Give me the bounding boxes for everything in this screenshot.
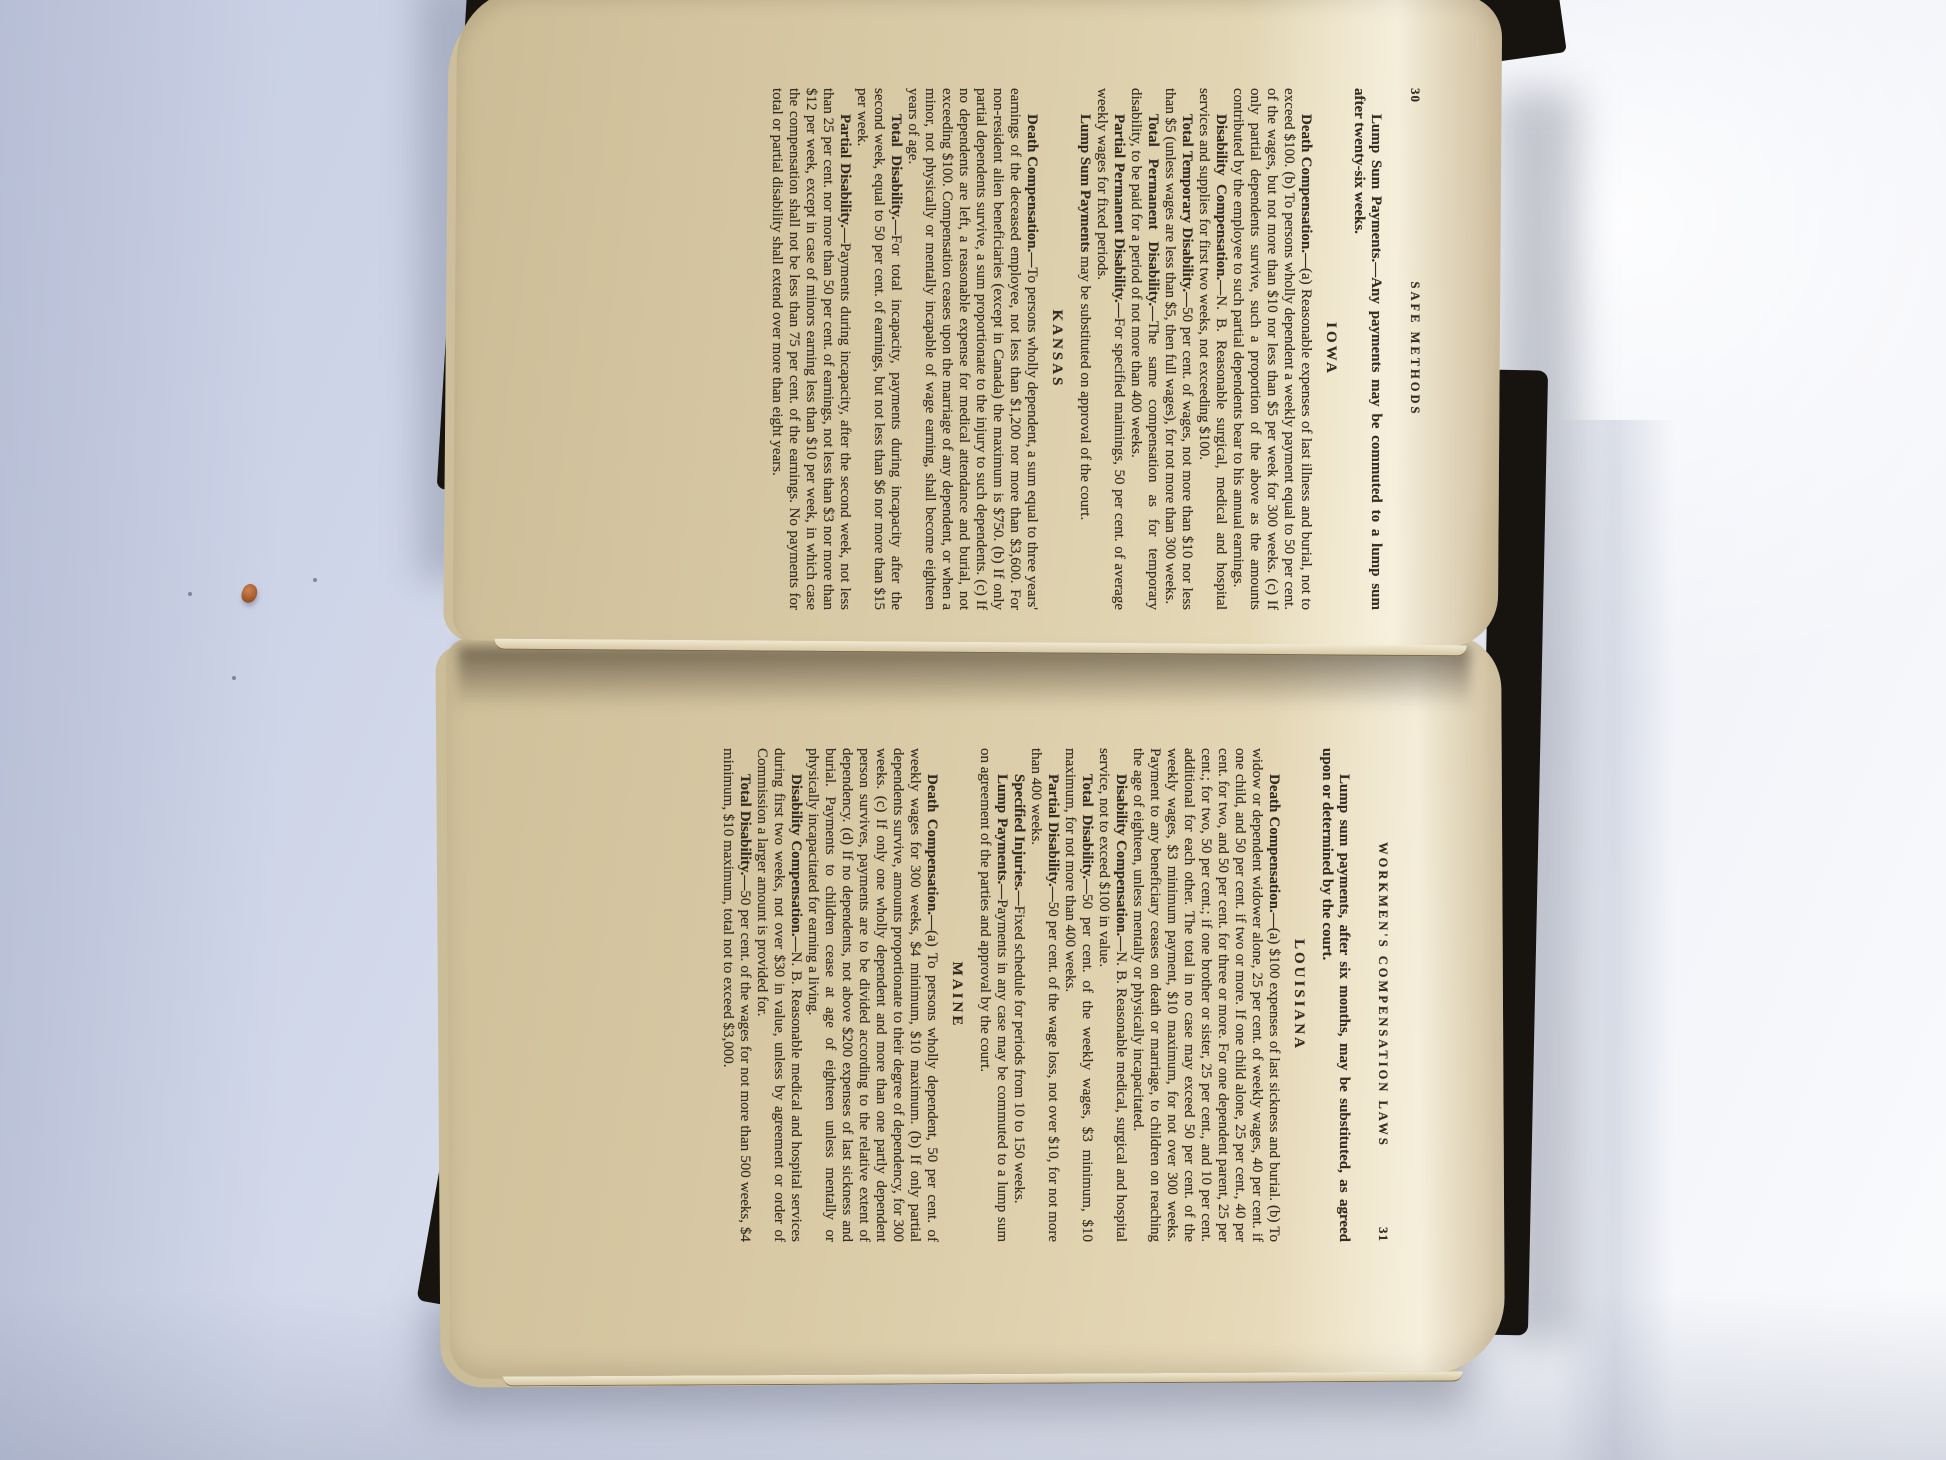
- paragraph: Total Disability.—50 per cent. of the wa…: [719, 748, 753, 1242]
- running-title-right: WORKMEN'S COMPENSATION LAWS: [1374, 790, 1391, 1200]
- page-30-header: 30 SAFE METHODS: [1406, 88, 1424, 610]
- paragraph: Lump Payments.—Payments in any case may …: [976, 748, 1010, 1242]
- paragraph-lead: Death Compensation.—: [1298, 114, 1314, 268]
- cloth-shade-left: [0, 0, 280, 1460]
- paragraph-lead: Lump Sum Payments.—: [1368, 114, 1384, 277]
- paragraph: Total Permanent Disability.—The same com…: [1127, 88, 1161, 610]
- paragraph-lead: Total Disability.—: [888, 114, 904, 235]
- paragraph-lead: Specified Injuries.—: [1011, 774, 1027, 906]
- paragraph: Death Compensation.—To persons wholly de…: [904, 88, 1040, 610]
- paragraph-lead: Death Compensation.—: [924, 774, 940, 930]
- paragraph-lead: Partial Disability.—: [1045, 774, 1061, 902]
- paragraph-lead: Disability Compensation.—: [1113, 774, 1129, 951]
- paragraph: Disability Compensation.—N. B. Reasonabl…: [1095, 748, 1129, 1242]
- paragraph-lead: Total Temporary Disability.—: [1179, 114, 1195, 307]
- paragraph-lead: Lump Payments.—: [994, 774, 1010, 899]
- paragraph: Partial Permanent Disability.—For specif…: [1093, 88, 1127, 610]
- paragraph-lead: Partial Disability.—: [837, 114, 853, 243]
- state-heading: LOUISIANA: [1290, 748, 1307, 1242]
- paragraph: Partial Disability.—50 per cent. of the …: [1027, 748, 1061, 1242]
- paragraph-lead: Total Disability.—: [1079, 774, 1095, 894]
- paragraph: Disability Compensation.—N. B. Reasonabl…: [753, 748, 804, 1242]
- intro-paragraph: Lump sum payments, after six months, may…: [1318, 748, 1352, 1242]
- page-31-header: WORKMEN'S COMPENSATION LAWS 31: [1374, 748, 1392, 1242]
- paragraph-lead: Disability Compensation.—: [1213, 114, 1229, 295]
- state-heading: MAINE: [948, 748, 965, 1242]
- paragraph: Death Compensation.—(a) To persons wholl…: [804, 748, 940, 1242]
- paragraph: Total Disability.—50 per cent. of the we…: [1061, 748, 1095, 1242]
- paragraph: Lump Sum Payments may be substituted on …: [1076, 88, 1093, 610]
- paragraph: Death Compensation.—(a) $100 expenses of…: [1129, 748, 1282, 1242]
- paragraph: Death Compensation.—(a) Reasonable expen…: [1229, 88, 1314, 610]
- dust-speck: [313, 578, 317, 582]
- paragraph: Total Temporary Disability.—50 per cent.…: [1161, 88, 1195, 610]
- page-30-text: 30 SAFE METHODS Lump Sum Payments.—Any p…: [768, 88, 1424, 610]
- paragraph: Specified Injuries.—Fixed schedule for p…: [1010, 748, 1027, 1242]
- paragraph: Total Disability.—For total incapacity, …: [853, 88, 904, 610]
- paragraph-lead: Death Compensation.—: [1266, 774, 1282, 928]
- paragraph-lead: Lump Sum Payments: [1077, 114, 1093, 252]
- paragraph-lead: Total Disability.—: [737, 774, 753, 890]
- paragraph-lead: Partial Permanent Disability.—: [1111, 114, 1127, 318]
- page-number-30: 30: [1407, 88, 1424, 130]
- state-heading: IOWA: [1322, 88, 1339, 610]
- dust-speck: [188, 592, 192, 596]
- page-number-31: 31: [1375, 1200, 1392, 1242]
- page-31-body: Lump sum payments, after six months, may…: [719, 748, 1352, 1242]
- state-heading: KANSAS: [1048, 88, 1065, 610]
- paragraph-lead: Death Compensation.—: [1024, 114, 1040, 267]
- intro-paragraph: Lump Sum Payments.—Any payments may be c…: [1350, 88, 1384, 610]
- running-title-left: SAFE METHODS: [1406, 130, 1423, 568]
- dust-speck: [232, 676, 236, 680]
- paragraph: Partial Disability.—Payments during inca…: [768, 88, 853, 610]
- paragraph-lead: Disability Compensation.—: [788, 774, 804, 952]
- paragraph: Disability Compensation.—N. B. Reasonabl…: [1195, 88, 1229, 610]
- photo-of-open-book: { "book": { "left_running_title": "SAFE …: [0, 0, 1946, 1460]
- page-30-body: Lump Sum Payments.—Any payments may be c…: [768, 88, 1384, 610]
- paragraph-lead: Total Permanent Disability.—: [1145, 114, 1161, 321]
- page-31-text: WORKMEN'S COMPENSATION LAWS 31 Lump sum …: [719, 748, 1392, 1242]
